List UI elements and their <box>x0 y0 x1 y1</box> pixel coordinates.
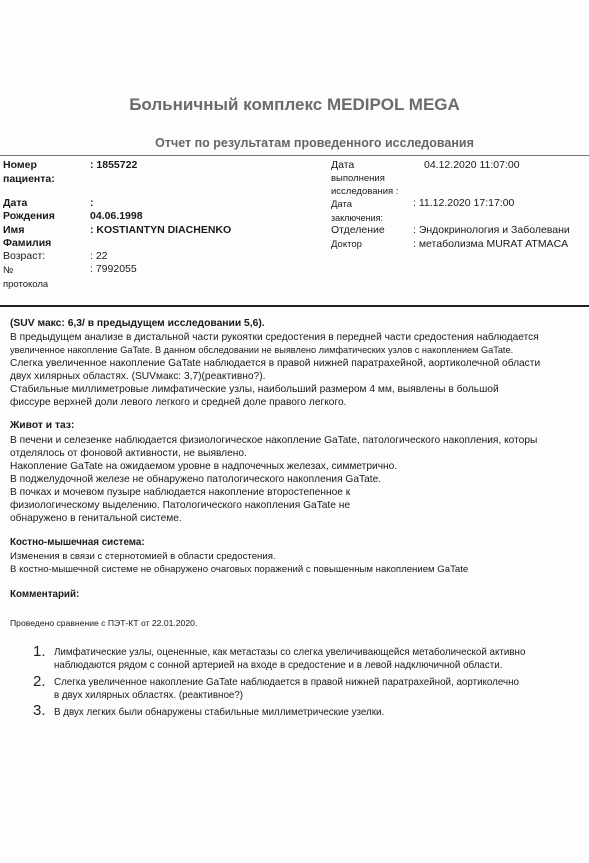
finding-line: обнаружено в генитальной системе. <box>10 512 537 525</box>
comparison-note: Проведено сравнение с ПЭТ-КТ от 22.01.20… <box>10 618 197 628</box>
header-divider <box>0 155 589 156</box>
conclusion-number: 2. <box>33 673 46 690</box>
doctor-value: : метаболизма MURAT ATMACA <box>413 238 568 251</box>
chest-findings: В предыдущем анализе в дистальной части … <box>10 331 540 409</box>
finding-line: увеличенное накопление GaTate. В данном … <box>10 344 540 357</box>
musculoskeletal-findings: Изменения в связи с стернотомией в облас… <box>10 550 468 576</box>
dob-label-2: Рождения <box>3 210 55 223</box>
finding-line: В печени и селезенке наблюдается физиоло… <box>10 434 537 447</box>
exam-date-label-3: исследования : <box>331 185 398 198</box>
finding-line: В предыдущем анализе в дистальной части … <box>10 331 540 344</box>
finding-line: Стабильные миллиметровые лимфатические у… <box>10 383 540 396</box>
name-label: Имя <box>3 224 24 237</box>
protocol-label-2: протокола <box>3 278 48 291</box>
protocol-label: № <box>3 264 13 277</box>
info-divider <box>0 305 589 307</box>
conclusion-number: 3. <box>33 702 46 719</box>
name-value: : KOSTIANTYN DIACHENKO <box>90 224 231 237</box>
finding-line: Слегка увеличенное накопление GaTate наб… <box>10 357 540 370</box>
surname-label: Фамилия <box>3 237 51 250</box>
dob-colon: : <box>90 197 94 210</box>
finding-line: отделялось от фоновой активности, не выя… <box>10 447 537 460</box>
finding-line: В почках и мочевом пузыре наблюдается на… <box>10 486 537 499</box>
dob-value: 04.06.1998 <box>90 210 143 223</box>
conclusion-line: в двух хилярных областях. (реактивное?) <box>54 689 519 702</box>
musculoskeletal-heading: Костно-мышечная система: <box>10 537 145 548</box>
conclusion-line: Лимфатические узлы, оцененные, как метас… <box>54 646 525 659</box>
finding-line: двух хилярных областях. (SUVмакс: 3,7)(р… <box>10 370 540 383</box>
patient-number-value: : 1855722 <box>90 159 137 172</box>
doctor-label: Доктор <box>331 238 362 251</box>
age-label: Возраст: <box>3 250 45 263</box>
department-value: : Эндокринология и Заболевани <box>413 224 570 237</box>
finding-line: В поджелудочной железе не обнаружено пат… <box>10 473 537 486</box>
patient-number-label: Номер <box>3 159 37 172</box>
comment-heading: Комментарий: <box>10 589 79 600</box>
conclusion-line: В двух легких были обнаружены стабильные… <box>54 706 384 719</box>
conclusion-line: Слегка увеличенное накопление GaTate наб… <box>54 676 519 689</box>
protocol-value: : 7992055 <box>90 263 137 276</box>
exam-date-value: 04.12.2020 11:07:00 <box>424 159 520 172</box>
hospital-title: Больничный комплекс MEDIPOL MEGA <box>0 95 589 115</box>
suv-summary: (SUV макс: 6,3/ в предыдущем исследовани… <box>10 318 265 329</box>
abdomen-heading: Живот и таз: <box>10 420 74 431</box>
abdomen-findings: В печени и селезенке наблюдается физиоло… <box>10 434 537 525</box>
finding-line: фиссуре верхней доли левого легкого и ср… <box>10 396 540 409</box>
finding-line: физиологическому выделению. Патологическ… <box>10 499 537 512</box>
conclusion-date-label: Дата <box>331 198 352 211</box>
age-value: : 22 <box>90 250 108 263</box>
department-label: Отделение <box>331 224 385 237</box>
conclusion-item: Лимфатические узлы, оцененные, как метас… <box>54 646 525 672</box>
exam-date-label-2: выполнения <box>331 172 385 185</box>
finding-line: В костно-мышечной системе не обнаружено … <box>10 563 468 576</box>
dob-label: Дата <box>3 197 27 210</box>
exam-date-label: Дата <box>331 159 354 172</box>
conclusion-date-value: : 11.12.2020 17:17:00 <box>413 197 514 210</box>
finding-line: Изменения в связи с стернотомией в облас… <box>10 550 468 563</box>
finding-line: Накопление GaTate на ожидаемом уровне в … <box>10 460 537 473</box>
conclusion-item: В двух легких были обнаружены стабильные… <box>54 706 384 719</box>
conclusion-line: наблюдаются рядом с сонной артерией на в… <box>54 659 525 672</box>
report-title: Отчет по результатам проведенного исслед… <box>0 136 589 150</box>
patient-number-label-2: пациента: <box>3 173 55 186</box>
conclusion-number: 1. <box>33 643 46 660</box>
conclusion-item: Слегка увеличенное накопление GaTate наб… <box>54 676 519 702</box>
